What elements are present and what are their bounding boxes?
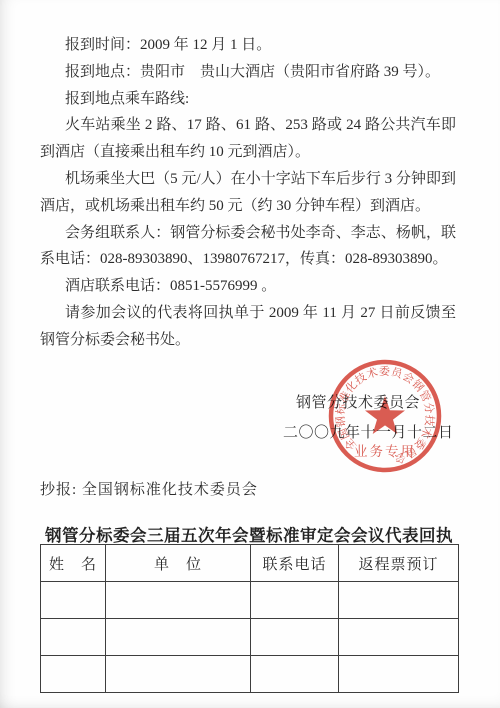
table-cell <box>41 656 106 693</box>
seal-ring-text: 全国钢标准化技术委员会钢管分技术委员会 <box>333 364 438 466</box>
table-cell <box>106 582 251 619</box>
table-cell <box>339 656 459 693</box>
svg-text:全国钢标准化技术委员会钢管分技术委员会: 全国钢标准化技术委员会钢管分技术委员会 <box>333 364 438 466</box>
table-cell <box>251 619 339 656</box>
table-cell <box>339 582 459 619</box>
table-cell <box>41 619 106 656</box>
table-cell <box>339 619 459 656</box>
paragraph-train-route: 火车站乘坐 2 路、17 路、61 路、253 路或 24 路公共汽车即到酒店（… <box>40 112 456 166</box>
header-name: 姓 名 <box>41 545 106 582</box>
paragraph-reply-deadline: 请参加会议的代表将回执单于 2009 年 11 月 27 日前反馈至钢管分标委会… <box>40 300 456 354</box>
paragraph-registration-place: 报到地点：贵阳市 贵山大酒店（贵阳市省府路 39 号）。 <box>40 59 456 86</box>
notice-body: 报到时间：2009 年 12 月 1 日。 报到地点：贵阳市 贵山大酒店（贵阳市… <box>40 32 456 354</box>
table-cell <box>251 656 339 693</box>
header-organization: 单 位 <box>106 545 251 582</box>
signature-org: 钢管分技术委员会 <box>296 391 420 412</box>
seal-ring <box>331 362 439 470</box>
seal-bottom-text: 业务专用 <box>354 444 416 459</box>
table-row <box>41 656 459 693</box>
table-header-row: 姓 名 单 位 联系电话 返程票预订 <box>41 545 459 582</box>
copy-to-line: 抄报: 全国钢标准化技术委员会 <box>40 478 258 499</box>
official-seal: 全国钢标准化技术委员会钢管分技术委员会 业务专用 <box>325 356 445 476</box>
table-row <box>41 582 459 619</box>
header-return-ticket: 返程票预订 <box>339 545 459 582</box>
signature-date: 二〇〇九年十一月十二日 <box>283 421 454 442</box>
paragraph-route-heading: 报到地点乘车路线: <box>40 86 456 113</box>
table-cell <box>106 656 251 693</box>
paragraph-registration-time: 报到时间：2009 年 12 月 1 日。 <box>40 32 456 59</box>
reply-form-title: 钢管分标委会三届五次年会暨标准审定会会议代表回执 <box>40 522 458 546</box>
table-row <box>41 619 459 656</box>
scanned-notice-page: 报到时间：2009 年 12 月 1 日。 报到地点：贵阳市 贵山大酒店（贵阳市… <box>0 0 500 708</box>
reply-form-table: 姓 名 单 位 联系电话 返程票预订 <box>40 544 459 693</box>
table-cell <box>251 582 339 619</box>
header-phone: 联系电话 <box>251 545 339 582</box>
table-cell <box>106 619 251 656</box>
paragraph-hotel-phone: 酒店联系电话：0851-5576999 。 <box>40 273 456 300</box>
paragraph-contacts: 会务组联系人：钢管分标委会秘书处李奇、李志、杨帆，联系电话：028-893038… <box>40 220 456 274</box>
paragraph-airport-route: 机场乘坐大巴（5 元/人）在小十字站下车后步行 3 分钟即到酒店，或机场乘出租车… <box>40 166 456 220</box>
table-cell <box>41 582 106 619</box>
